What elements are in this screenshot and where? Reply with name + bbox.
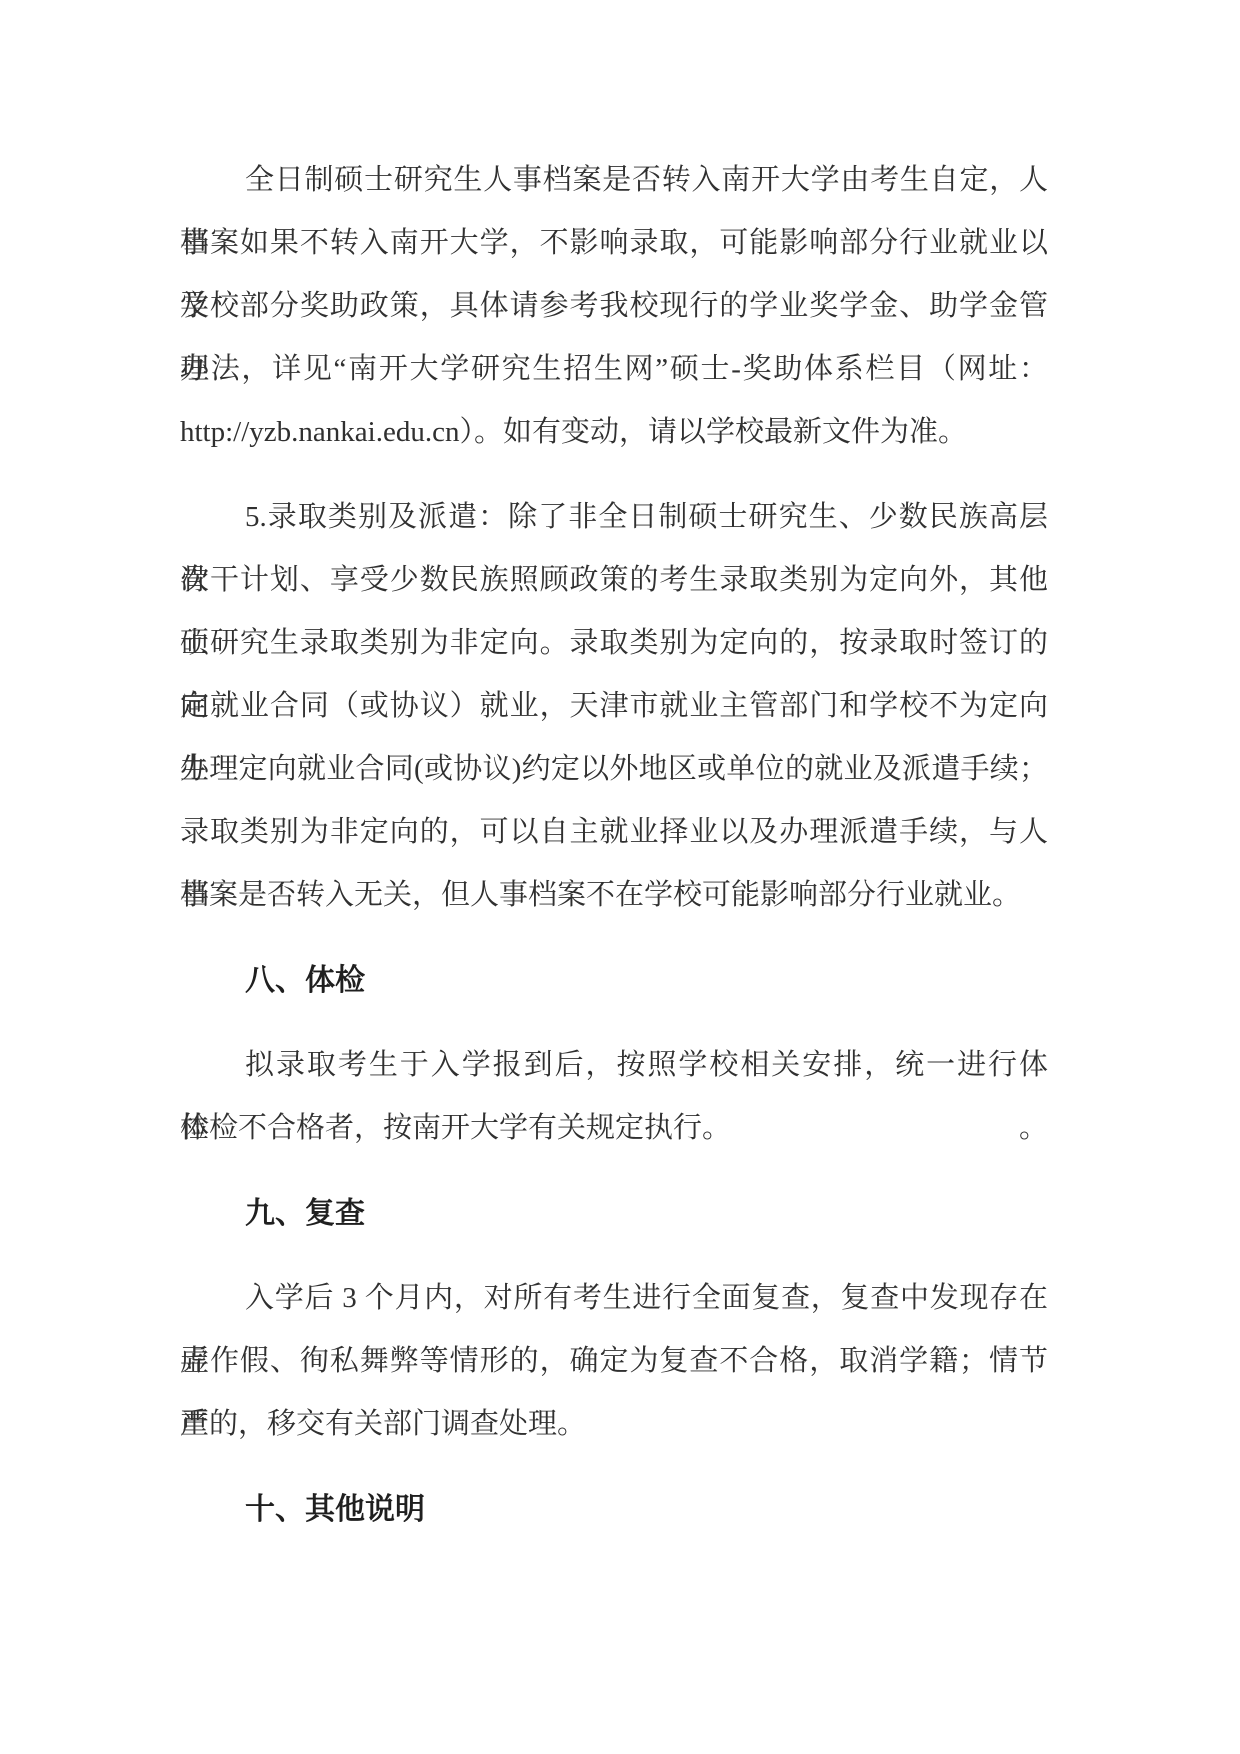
- text-line: 虚作假、徇私舞弊等情形的，确定为复查不合格，取消学籍；情节严: [180, 1330, 1048, 1393]
- text-line: 全日制硕士研究生人事档案是否转入南开大学由考生自定，人事: [180, 149, 1048, 212]
- text-line: 向就业合同（或协议）就业，天津市就业主管部门和学校不为定向生: [180, 675, 1048, 738]
- document-page: 全日制硕士研究生人事档案是否转入南开大学由考生自定，人事 档案如果不转入南开大学…: [0, 0, 1240, 1754]
- text-line: 5.录取类别及派遣：除了非全日制硕士研究生、少数民族高层次: [180, 486, 1048, 549]
- text-line: 士研究生录取类别为非定向。录取类别为定向的，按录取时签订的定: [180, 612, 1048, 675]
- section-heading-recheck: 九、复查: [245, 1182, 1048, 1245]
- text-line: 办法，详见“南开大学研究生招生网”硕士-奖助体系栏目（网址：: [180, 338, 1048, 401]
- text-line: 办理定向就业合同(或协议)约定以外地区或单位的就业及派遣手续；: [180, 738, 1048, 801]
- text-line: 录取类别为非定向的，可以自主就业择业以及办理派遣手续，与人事: [180, 801, 1048, 864]
- text-line: 档案如果不转入南开大学，不影响录取，可能影响部分行业就业以及: [180, 212, 1048, 275]
- paragraph-recheck-detail: 入学后 3 个月内，对所有考生进行全面复查，复查中发现存在弄 虚作假、徇私舞弊等…: [180, 1267, 1048, 1456]
- text-line-with-url: http://yzb.nankai.edu.cn）。如有变动，请以学校最新文件为…: [180, 401, 1048, 464]
- section-heading-other-notes: 十、其他说明: [245, 1478, 1048, 1541]
- text-line: 骨干计划、享受少数民族照顾政策的考生录取类别为定向外，其他硕: [180, 549, 1048, 612]
- text-line: 档案是否转入无关，但人事档案不在学校可能影响部分行业就业。: [180, 864, 1048, 927]
- text-line: 拟录取考生于入学报到后，按照学校相关安排，统一进行体检。: [180, 1034, 1048, 1097]
- paragraph-physical-exam-detail: 拟录取考生于入学报到后，按照学校相关安排，统一进行体检。 体检不合格者，按南开大…: [180, 1034, 1048, 1160]
- paragraph-admission-category-dispatch: 5.录取类别及派遣：除了非全日制硕士研究生、少数民族高层次 骨干计划、享受少数民…: [180, 486, 1048, 927]
- paragraph-archive-transfer-policy: 全日制硕士研究生人事档案是否转入南开大学由考生自定，人事 档案如果不转入南开大学…: [180, 149, 1048, 464]
- text-line: 学校部分奖助政策，具体请参考我校现行的学业奖学金、助学金管理: [180, 275, 1048, 338]
- text-line: 入学后 3 个月内，对所有考生进行全面复查，复查中发现存在弄: [180, 1267, 1048, 1330]
- text-line: 重的，移交有关部门调查处理。: [180, 1393, 1048, 1456]
- section-heading-physical-exam: 八、体检: [245, 949, 1048, 1012]
